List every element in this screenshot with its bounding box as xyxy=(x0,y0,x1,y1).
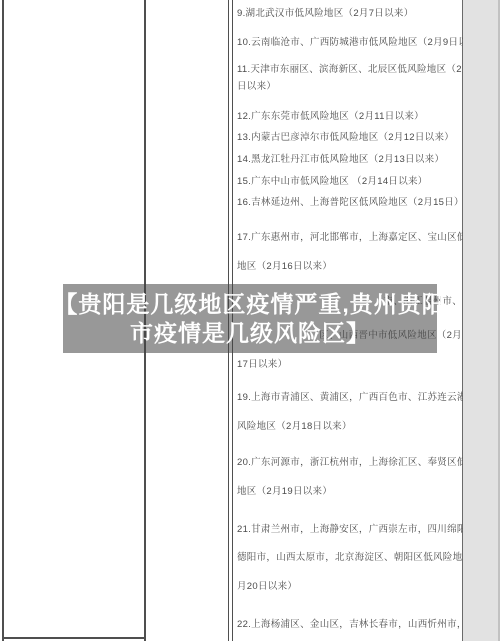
list-row-line: 12.广东东莞市低风险地区（2月11日以来） xyxy=(237,110,462,124)
list-row-line: 16.吉林延边州、上海普陀区低风险地区（2月15日） xyxy=(237,196,462,210)
page: 9.湖北武汉市低风险地区（2月7日以来）10.云南临沧市、广西防城港市低风险地区… xyxy=(0,0,500,641)
list-row-line: 20.广东河源市，浙江杭州市，上海徐汇区、奉贤区低风险 xyxy=(237,456,462,470)
list-row-line: 9.湖北武汉市低风险地区（2月7日以来） xyxy=(237,7,462,21)
list-row-line: 15.广东中山市低风险地区 （2月14日以来） xyxy=(237,175,462,189)
list-row-line: 地区（2月16日以来） xyxy=(237,260,462,274)
list-row-line: 风险地区（2月18日以来） xyxy=(237,420,462,434)
list-row-line: 17.广东惠州市，河北邯郸市，上海嘉定区、宝山区低风险 xyxy=(237,231,462,245)
list-row-line: 10.云南临沧市、广西防城港市低风险地区（2月9日以来） xyxy=(237,36,462,50)
list-row-line: 22.上海杨浦区、金山区，吉林长春市，山西忻州市，河北 xyxy=(237,618,462,632)
list-row-line: 17日以来） xyxy=(237,358,462,372)
list-row-line: 13.内蒙古巴彦淖尔市低风险地区（2月12日以来） xyxy=(237,131,462,145)
page-margin xyxy=(463,0,500,641)
list-row-line: 11.天津市东丽区、滨海新区、北辰区低风险地区（2月10 xyxy=(237,63,462,77)
list-row-line: 月20日以来） xyxy=(237,580,462,594)
title-line-1: 【贵阳是几级地区疫情严重,贵州贵阳 xyxy=(54,290,445,319)
list-row-line: 地区（2月19日以来） xyxy=(237,485,462,499)
list-row-line: 21.甘肃兰州市，上海静安区，广西崇左市，四川绵阳市、 xyxy=(237,523,462,537)
title-overlay: 【贵阳是几级地区疫情严重,贵州贵阳 市疫情是几级风险区】 xyxy=(63,284,437,353)
table-border-left xyxy=(2,0,4,641)
list-row-line: 14.黑龙江牡丹江市低风险地区（2月13日以来） xyxy=(237,153,462,167)
table-cell-bottom-border xyxy=(2,637,146,639)
title-line-2: 市疫情是几级风险区】 xyxy=(130,319,370,348)
list-row-line: 19.上海市青浦区、黄浦区，广西百色市、江苏连云港市低 xyxy=(237,391,462,405)
list-row-line: 日以来） xyxy=(237,80,462,94)
list-row-line: 德阳市，山西太原市，北京海淀区、朝阳区低风险地区（2 xyxy=(237,551,462,565)
